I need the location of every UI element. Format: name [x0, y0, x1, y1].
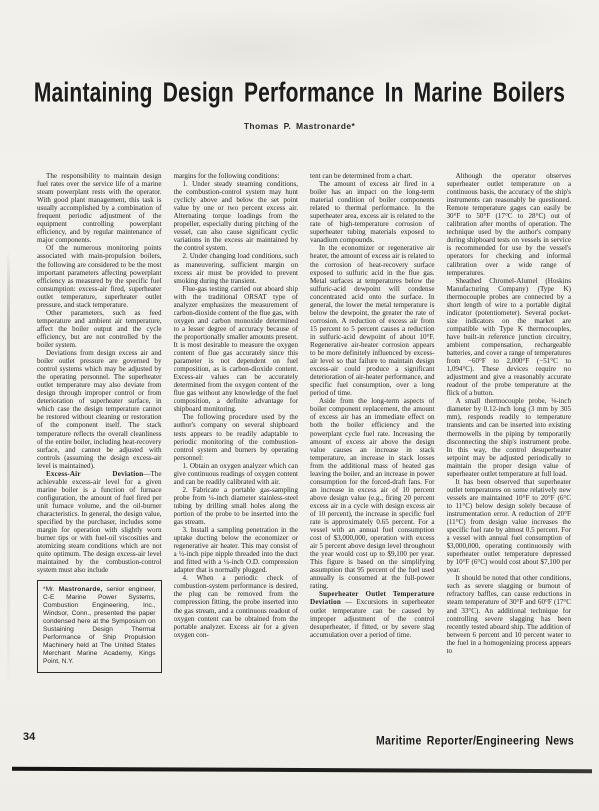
- paragraph: Excess-Air Deviation—The achievable exce…: [37, 470, 162, 575]
- footnote-prefix: *Mr.: [43, 586, 59, 593]
- paragraph: The amount of excess air fired in a boil…: [310, 180, 435, 244]
- scan-artifact: [7, 250, 10, 690]
- paragraph: Flue-gas testing carried out aboard ship…: [174, 285, 299, 414]
- paragraph: 4. When a periodic check of combustion-s…: [174, 574, 299, 638]
- paragraph: Aside from the long-term aspects of boil…: [310, 397, 435, 590]
- text-column-1: The responsibility to maintain design fu…: [37, 172, 162, 738]
- column-paragraphs: margins for the following conditions:1. …: [174, 172, 299, 639]
- paragraph: Of the numerous monitoring points associ…: [37, 244, 162, 308]
- paragraph: tent can be determined from a chart.: [310, 172, 435, 180]
- paragraph: Although the operator observes superheat…: [447, 172, 572, 277]
- article-title: Maintaining Design Performance In Marine…: [0, 78, 599, 109]
- paragraph: 2. Under changing load conditions, such …: [174, 252, 299, 284]
- paragraph: The responsibility to maintain design fu…: [37, 172, 162, 244]
- page-number: 34: [23, 731, 35, 743]
- paragraph: A small thermocouple probe, ⅛-inch diame…: [447, 397, 572, 477]
- magazine-name: Maritime Reporter/Engineering News: [376, 734, 574, 748]
- run-in-heading: Excess-Air Deviation: [46, 470, 143, 478]
- column-paragraphs: Although the operator observes superheat…: [447, 172, 572, 655]
- paragraph: Deviations from design excess air and bo…: [37, 349, 162, 470]
- paragraph: It has been observed that superheater ou…: [447, 478, 572, 575]
- bottom-rule: [12, 767, 592, 773]
- text-column-2: margins for the following conditions:1. …: [174, 172, 299, 738]
- paragraph: margins for the following conditions:: [174, 172, 299, 180]
- paragraph: 1. Obtain an oxygen analyzer which can g…: [174, 462, 299, 486]
- column-paragraphs: tent can be determined from a chart.The …: [310, 172, 435, 639]
- paragraph: 1. Under steady steaming conditions, the…: [174, 180, 299, 252]
- paragraph: The following procedure used by the auth…: [174, 413, 299, 461]
- magazine-page: Maintaining Design Performance In Marine…: [0, 0, 599, 811]
- paragraph: In the economizer or regenerative air he…: [310, 244, 435, 397]
- paragraph: It should be noted that other conditions…: [447, 574, 572, 654]
- text-column-3: tent can be determined from a chart.The …: [310, 172, 435, 738]
- footnote-text: senior engineer, C-E Marine Power System…: [43, 586, 156, 665]
- paragraph: Sheathed Chromel-Alumel (Hoskins Manufac…: [447, 277, 572, 398]
- footnote-author-name: Mastronarde,: [59, 586, 103, 593]
- paragraph: 2. Fabricate a portable gas-sampling pro…: [174, 486, 299, 526]
- run-in-heading: Superheater Outlet Temperature Deviation: [310, 590, 435, 606]
- author-byline: Thomas P. Mastronarde*: [0, 121, 599, 131]
- text-column-4: Although the operator observes superheat…: [447, 172, 572, 738]
- column-paragraphs: The responsibility to maintain design fu…: [37, 172, 162, 574]
- footnote-box: *Mr. Mastronarde, senior engineer, C-E M…: [37, 580, 162, 673]
- paragraph: 3. Install a sampling penetration in the…: [174, 526, 299, 574]
- paragraph: Superheater Outlet Temperature Deviation…: [310, 590, 435, 638]
- article-body: The responsibility to maintain design fu…: [37, 172, 571, 738]
- paragraph: Other parameters, such as feed temperatu…: [37, 309, 162, 349]
